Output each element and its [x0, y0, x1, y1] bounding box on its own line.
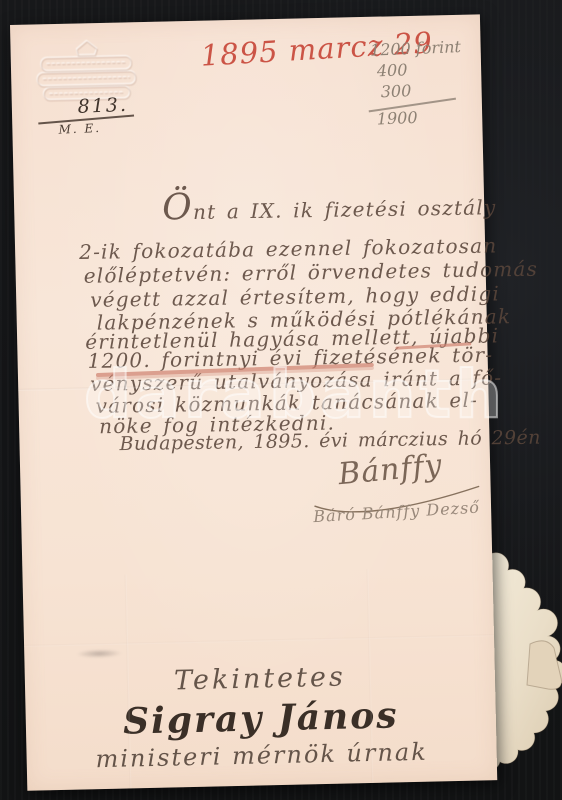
- registry-initials: M. E.: [58, 121, 101, 137]
- photo-backdrop: 813. M. E. 1895 marcz 29 1200 forint 400…: [0, 0, 562, 800]
- pencil-smudge: [76, 649, 122, 659]
- registry-block: 813. M. E.: [37, 93, 159, 146]
- document-paper: 813. M. E. 1895 marcz 29 1200 forint 400…: [10, 14, 497, 790]
- fold-crease-horizontal: [24, 634, 494, 647]
- registry-number: 813.: [77, 94, 128, 118]
- pencil-calculation: 1200 forint 400 300 1900: [370, 36, 470, 129]
- letter-line: Önt a IX. ik fizetési osztály: [162, 193, 497, 224]
- pencil-items: 1200 forint 400 300: [370, 36, 468, 103]
- pencil-total: 1900: [376, 105, 469, 129]
